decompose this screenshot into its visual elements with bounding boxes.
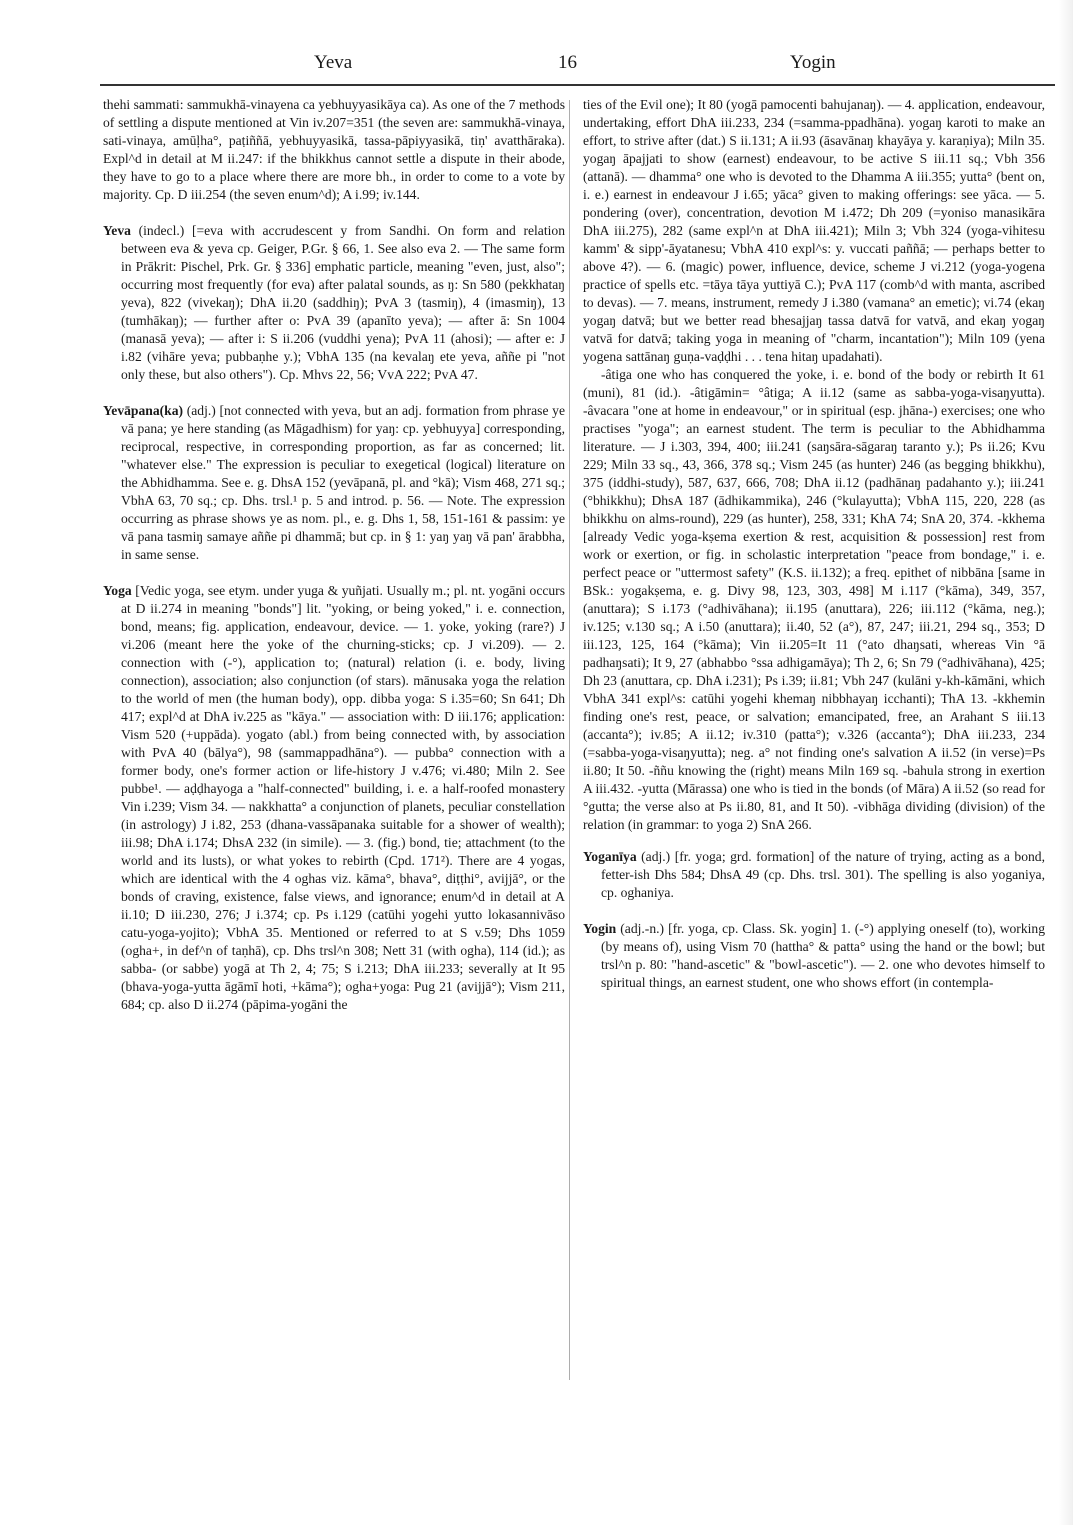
column-divider	[569, 100, 570, 1380]
continued-text: thehi sammati: sammukhā-vinayena ca yebh…	[103, 96, 565, 204]
page-header: Yeva 16 Yogin	[100, 52, 1055, 82]
entry-body: (adj.) [not connected with yeva, but an …	[121, 403, 565, 562]
left-column: thehi sammati: sammukhā-vinayena ca yebh…	[103, 96, 565, 1032]
page-number: 16	[558, 52, 577, 74]
headword: Yeva	[103, 223, 131, 238]
dictionary-entry-yogin: Yogin (adj.-n.) [fr. yoga, cp. Class. Sk…	[583, 920, 1045, 992]
headword: Yoganīya	[583, 849, 637, 864]
left-guide-word: Yeva	[314, 52, 352, 74]
right-column: ties of the Evil one); It 80 (yogā pamoc…	[583, 96, 1045, 1010]
header-rule	[100, 84, 1055, 86]
entry-body: [Vedic yoga, see etym. under yuga & yuñj…	[121, 583, 565, 1012]
page-edge-shadow	[1059, 0, 1073, 1525]
entry-body: (indecl.) [=eva with accrudescent y from…	[121, 223, 565, 382]
dictionary-entry-yoganiya: Yoganīya (adj.) [fr. yoga; grd. formatio…	[583, 848, 1045, 902]
dictionary-entry-yevapanaka: Yevāpana(ka) (adj.) [not connected with …	[103, 402, 565, 564]
compounds-section: -âtiga one who has conquered the yoke, i…	[583, 366, 1045, 834]
headword: Yevāpana(ka)	[103, 403, 183, 418]
dictionary-entry-yoga: Yoga [Vedic yoga, see etym. under yuga &…	[103, 582, 565, 1014]
headword: Yogin	[583, 921, 616, 936]
continued-text: ties of the Evil one); It 80 (yogā pamoc…	[583, 96, 1045, 366]
entry-body: (adj.-n.) [fr. yoga, cp. Class. Sk. yogi…	[601, 921, 1045, 990]
entry-body: (adj.) [fr. yoga; grd. formation] of the…	[601, 849, 1045, 900]
headword: Yoga	[103, 583, 132, 598]
dictionary-entry-yeva: Yeva (indecl.) [=eva with accrudescent y…	[103, 222, 565, 384]
right-guide-word: Yogin	[790, 52, 836, 74]
